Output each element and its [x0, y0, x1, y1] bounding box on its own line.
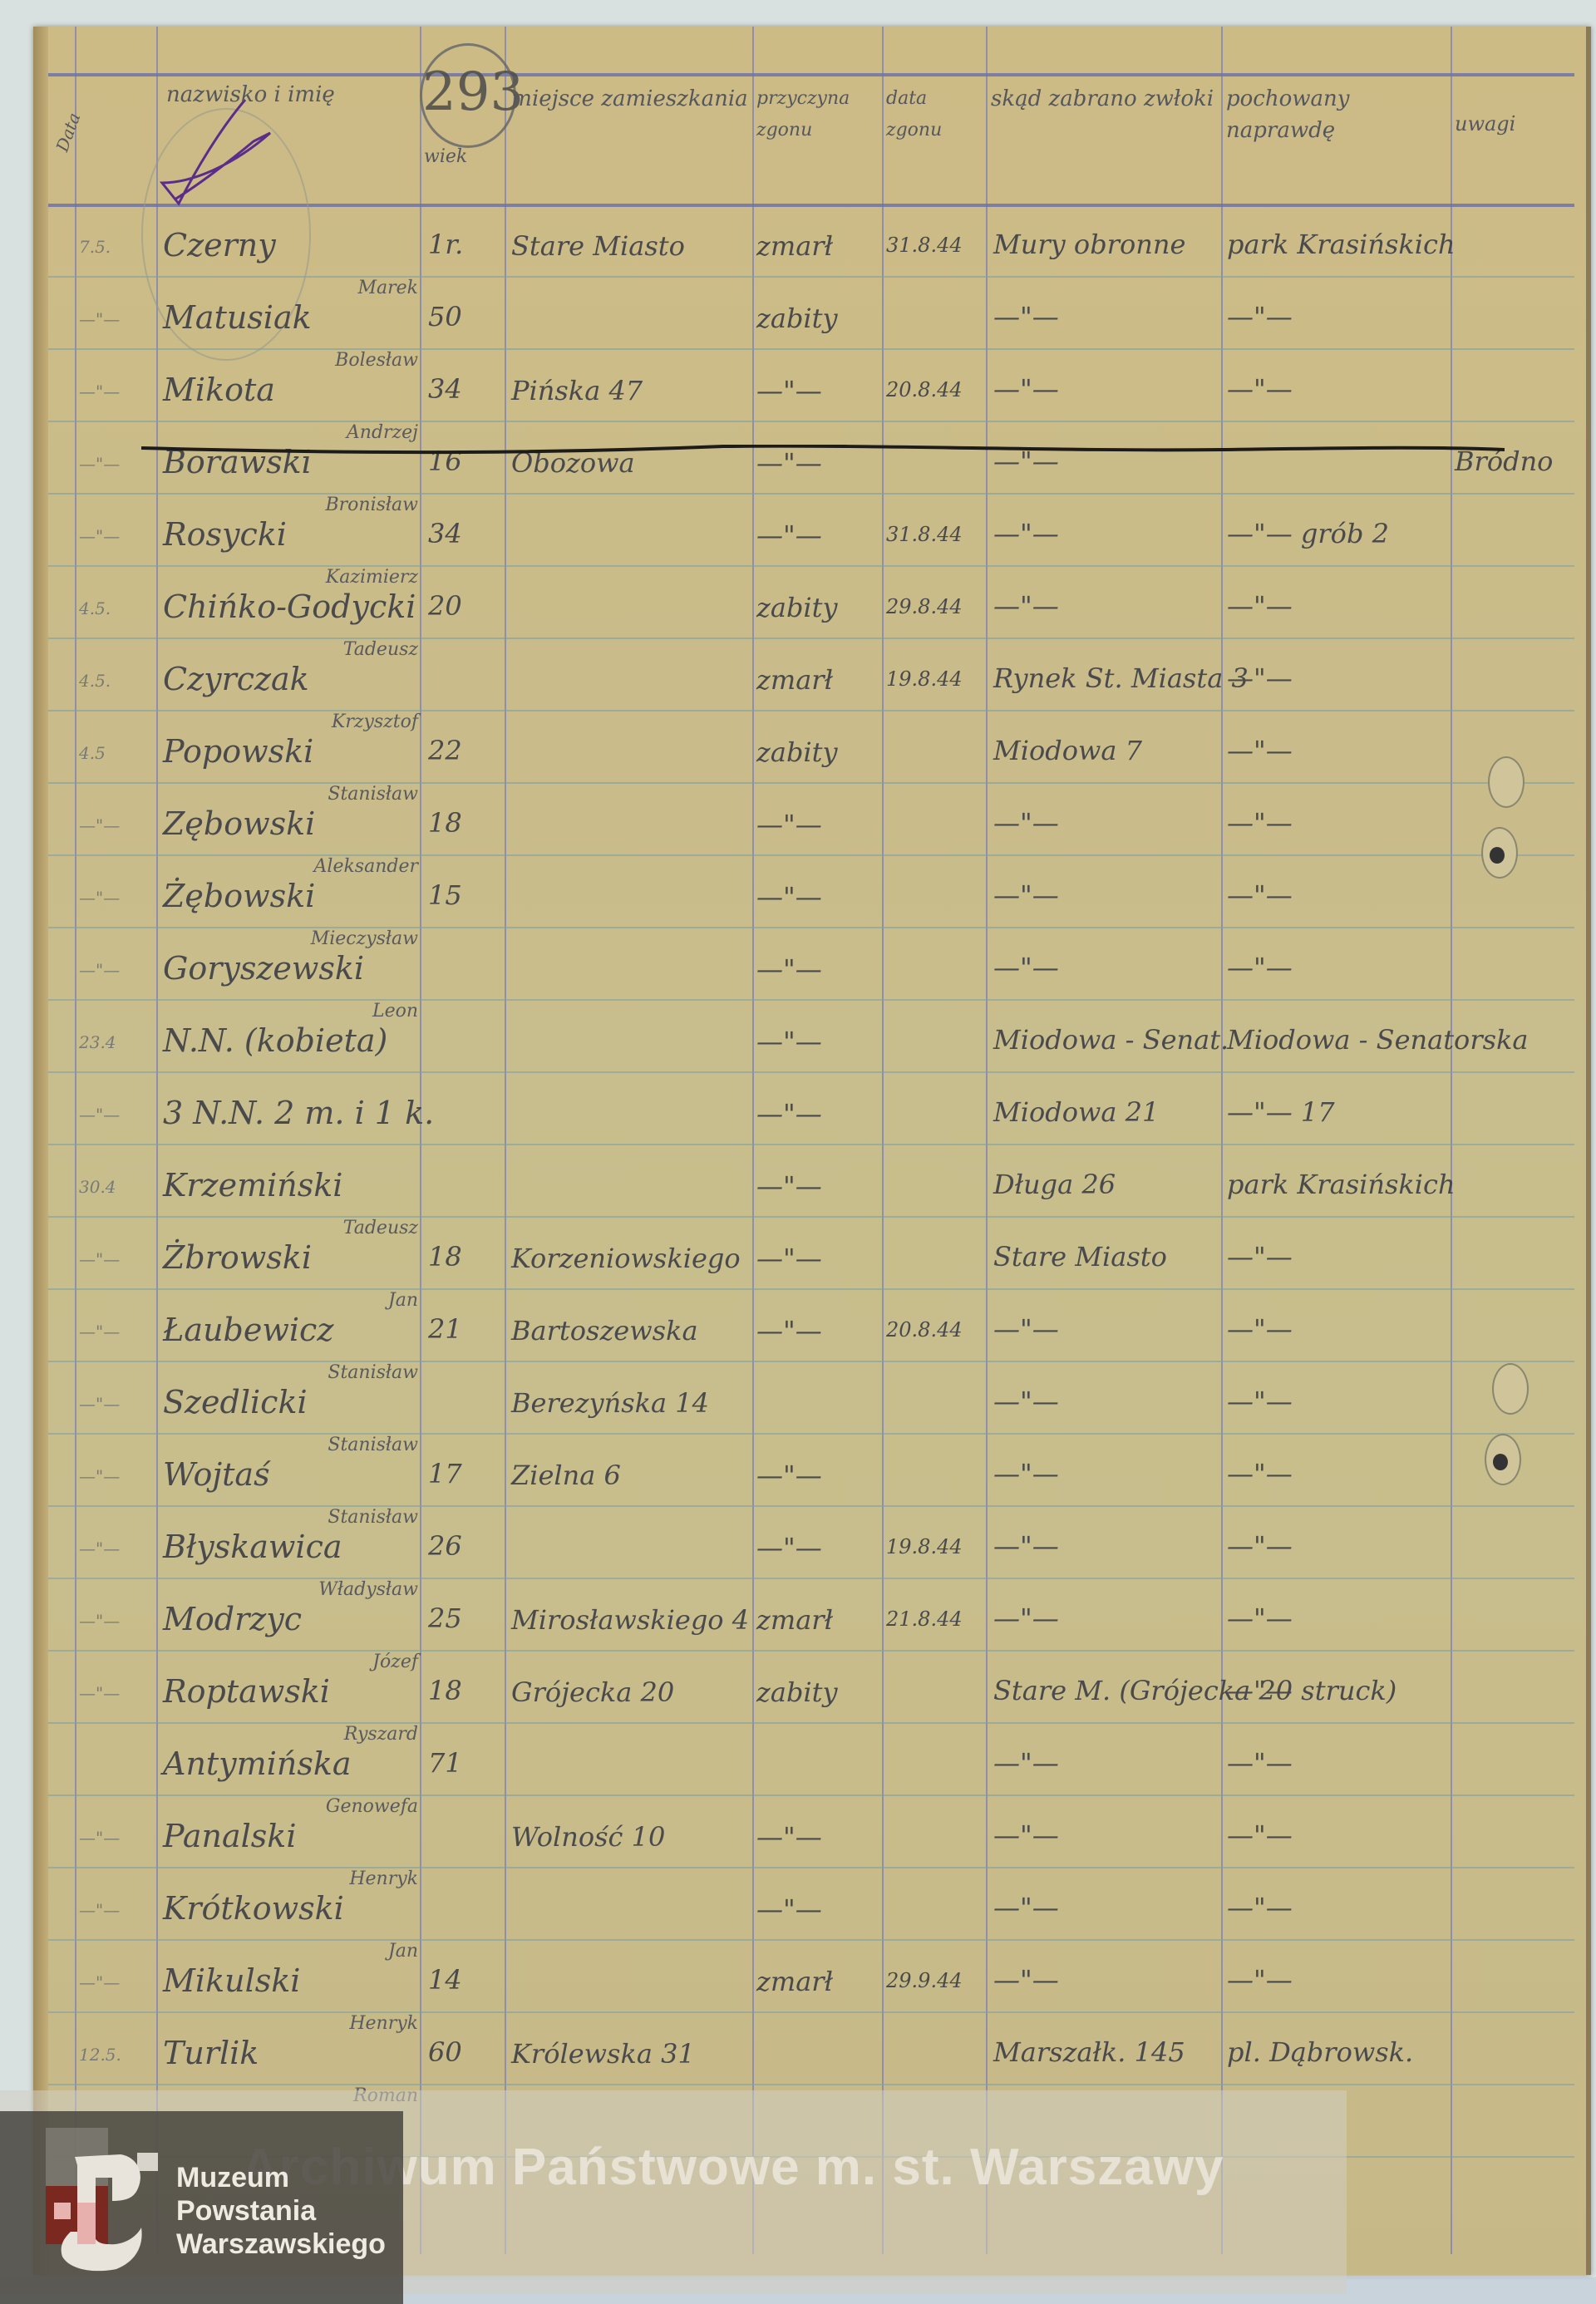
cell-given: Andrzej — [347, 422, 418, 443]
cell-from: —"— — [993, 1892, 1059, 1923]
punch-hole — [1492, 1363, 1529, 1415]
cell-address: Korzeniowskiego — [511, 1243, 741, 1274]
cell-age: 25 — [428, 1602, 462, 1634]
cell-margin: —"— — [79, 1394, 120, 1414]
cell-given: Leon — [372, 1001, 418, 1022]
binding-edge — [33, 27, 48, 2275]
cell-address: Stare Miasto — [511, 230, 685, 262]
cell-given: Bronisław — [325, 495, 418, 515]
cell-surname: Mikota — [163, 372, 275, 408]
cell-buried: —"— — [1227, 590, 1293, 622]
cell-given: Władysław — [318, 1579, 418, 1600]
cell-margin: —"— — [79, 960, 120, 980]
row-rule — [48, 1939, 1574, 1941]
cell-surname: Czyrczak — [163, 661, 309, 697]
header-cause: przyczyna zgonu — [756, 83, 881, 146]
cell-status: zabity — [756, 1676, 838, 1708]
row-rule — [48, 1578, 1574, 1579]
cell-buried: —"— — [1227, 807, 1293, 839]
cell-buried: —"— — [1227, 952, 1293, 983]
cell-date: 29.9.44 — [886, 1969, 963, 1992]
cell-age: 50 — [428, 301, 462, 332]
cell-given: Mieczysław — [311, 928, 418, 949]
cell-from: Miodowa 7 — [993, 735, 1142, 766]
cell-buried: —"— — [1227, 1530, 1293, 1562]
cell-surname: Czerny — [163, 227, 276, 263]
cell-from: —"— — [993, 1458, 1059, 1489]
cell-surname: Krótkowski — [163, 1890, 344, 1927]
cell-date: 21.8.44 — [886, 1607, 963, 1631]
museum-name-line3: Warszawskiego — [176, 2228, 386, 2261]
cell-age: 14 — [428, 1964, 462, 1996]
cell-buried: —"— — [1227, 1458, 1293, 1489]
cell-age: 15 — [428, 879, 462, 911]
cell-margin: 4.5 — [79, 743, 106, 763]
cell-margin: —"— — [79, 1322, 120, 1342]
row-rule — [48, 348, 1574, 350]
header-date: data zgonu — [886, 83, 984, 146]
cell-surname: Łaubewicz — [163, 1312, 333, 1348]
cell-status: —"— — [756, 1460, 822, 1491]
cell-surname: Roptawski — [163, 1673, 330, 1710]
cell-margin: —"— — [79, 309, 120, 329]
cell-status: zmarł — [756, 664, 833, 696]
cell-status: —"— — [756, 881, 822, 913]
cell-address: Królewska 31 — [511, 2038, 695, 2070]
cell-address: Berezyńska 14 — [511, 1387, 709, 1419]
row-rule — [48, 999, 1574, 1001]
museum-name: Muzeum Powstania Warszawskiego — [176, 2161, 386, 2261]
cell-given: Stanisław — [328, 1362, 418, 1383]
cell-margin: —"— — [79, 888, 120, 908]
cell-given: Bolesław — [335, 350, 418, 371]
cell-surname: Chińko-Godycki — [163, 588, 416, 625]
ledger-page — [33, 27, 1591, 2275]
header-buried: pochowany naprawdę — [1226, 83, 1446, 146]
cell-buried: —"— — [1227, 1964, 1293, 1996]
cell-status: —"— — [756, 809, 822, 840]
cell-buried: —"— — [1227, 1675, 1293, 1706]
cell-margin: 4.5. — [79, 598, 111, 618]
cell-buried: —"— — [1227, 1747, 1293, 1779]
cell-margin: 12.5. — [79, 2045, 121, 2065]
cell-age: 1r. — [428, 229, 463, 260]
cell-margin: —"— — [79, 1611, 120, 1631]
cell-given: Stanisław — [328, 784, 418, 805]
cell-from: —"— — [993, 1747, 1059, 1779]
cell-address: Mirosławskiego 4 — [511, 1604, 749, 1636]
rule-address-right — [752, 27, 754, 2254]
cell-given: Marek — [357, 278, 418, 298]
row-rule — [48, 276, 1574, 278]
strikethrough-line — [141, 445, 1505, 455]
cell-buried: —"— — [1227, 1313, 1293, 1345]
cell-date: 31.8.44 — [886, 523, 963, 546]
rule-buried-right — [1451, 27, 1452, 2254]
cell-given: Kazimierz — [326, 567, 418, 588]
museum-name-line2: Powstania — [176, 2194, 386, 2228]
rule-name-left — [156, 27, 158, 2254]
cell-from: Długa 26 — [993, 1169, 1116, 1200]
cell-surname: Błyskawica — [163, 1529, 342, 1565]
row-rule — [48, 1433, 1574, 1435]
museum-name-line1: Muzeum — [176, 2161, 386, 2194]
cell-margin: 4.5. — [79, 671, 111, 691]
cell-buried: —"— — [1227, 301, 1293, 332]
cell-margin: —"— — [79, 1249, 120, 1269]
punch-hole — [1485, 1434, 1521, 1485]
cell-margin: 23.4 — [79, 1032, 116, 1052]
cell-status: —"— — [756, 1532, 822, 1563]
row-rule — [48, 1867, 1574, 1868]
cell-from: —"— — [993, 373, 1059, 405]
cell-age: 17 — [428, 1458, 462, 1489]
cell-surname: N.N. (kobieta) — [163, 1022, 387, 1059]
punch-hole — [1481, 827, 1518, 879]
cell-status: —"— — [756, 953, 822, 985]
cell-surname: Turlik — [163, 2035, 259, 2071]
cell-margin: —"— — [79, 526, 120, 546]
cell-margin: —"— — [79, 1683, 120, 1703]
rule-margin — [75, 27, 76, 2254]
cell-age: 22 — [428, 735, 462, 766]
row-rule — [48, 927, 1574, 928]
cell-given: Jan — [388, 1941, 418, 1962]
cell-from: Miodowa - Senat. — [993, 1024, 1229, 1056]
row-rule — [48, 1505, 1574, 1507]
cell-status: zmarł — [756, 1604, 833, 1636]
header-top-rule — [48, 73, 1574, 76]
cell-age: 34 — [428, 373, 462, 405]
cell-status: zmarł — [756, 230, 833, 262]
header-age: wiek — [424, 141, 467, 173]
cell-status: —"— — [756, 1170, 822, 1202]
cell-age: 18 — [428, 807, 462, 839]
row-rule — [48, 1361, 1574, 1362]
cell-margin: —"— — [79, 1900, 120, 1920]
cell-status: —"— — [756, 1243, 822, 1274]
cell-margin: —"— — [79, 1828, 120, 1848]
row-rule — [48, 2011, 1574, 2013]
cell-given: Henryk — [349, 2013, 418, 2034]
cell-date: 19.8.44 — [886, 1535, 963, 1558]
cell-surname: Antymińska — [163, 1745, 352, 1782]
rule-age-right — [505, 27, 506, 2254]
row-rule — [48, 565, 1574, 567]
cell-status: zabity — [756, 592, 838, 623]
cell-given: Aleksander — [314, 856, 418, 877]
page-number: 293 — [420, 43, 516, 148]
cell-buried: —"— — [1227, 1241, 1293, 1273]
cell-address: Wolność 10 — [511, 1821, 665, 1853]
cell-surname: Żębowski — [163, 878, 315, 914]
cell-from: —"— — [993, 1602, 1059, 1634]
cell-from: Stare Miasto — [993, 1241, 1167, 1273]
cell-given: Stanisław — [328, 1435, 418, 1455]
row-rule — [48, 854, 1574, 856]
cell-date: 31.8.44 — [886, 234, 963, 257]
row-rule — [48, 1216, 1574, 1218]
cell-from: —"— — [993, 952, 1059, 983]
row-rule — [48, 493, 1574, 495]
cell-buried: —"— — [1227, 1602, 1293, 1634]
cell-buried: —"— — [1227, 879, 1293, 911]
cell-given: Genowefa — [326, 1796, 418, 1817]
cell-surname: Goryszewski — [163, 950, 364, 987]
row-rule — [48, 1144, 1574, 1145]
cell-buried: —"— — [1227, 735, 1293, 766]
cell-margin: —"— — [79, 1105, 120, 1125]
header-remarks: uwagi — [1455, 108, 1515, 140]
cell-surname: Panalski — [163, 1818, 296, 1854]
row-rule — [48, 710, 1574, 711]
cell-status: zabity — [756, 303, 838, 334]
cell-from: —"— — [993, 518, 1059, 549]
cell-surname: Matusiak — [163, 299, 312, 336]
rule-date-right — [986, 27, 988, 2254]
cell-age: 18 — [428, 1241, 462, 1273]
cell-buried: —"— — [1227, 1892, 1293, 1923]
cell-date: 29.8.44 — [886, 595, 963, 618]
cell-age: 20 — [428, 590, 462, 622]
cell-surname: 3 N.N. 2 m. i 1 k. — [163, 1095, 434, 1131]
cell-from: Stare M. (Grójecka 20 struck) — [993, 1675, 1396, 1706]
cell-from: —"— — [993, 590, 1059, 622]
cell-buried: —"— — [1227, 373, 1293, 405]
cell-given: Ryszard — [344, 1724, 418, 1745]
cell-given: Stanisław — [328, 1507, 418, 1528]
anchor-logo-icon — [46, 2128, 158, 2277]
cell-status: —"— — [756, 519, 822, 551]
cell-buried: —"— grób 2 — [1227, 518, 1389, 549]
cell-buried: park Krasińskich — [1227, 1169, 1456, 1200]
cell-margin: —"— — [79, 1972, 120, 1992]
cell-buried: —"— 17 — [1227, 1096, 1335, 1128]
cell-given: Józef — [372, 1652, 418, 1672]
cell-status: —"— — [756, 1821, 822, 1853]
cell-from: Mury obronne — [993, 229, 1185, 260]
row-rule — [48, 1722, 1574, 1724]
punch-hole — [1488, 756, 1525, 808]
rule-name-right — [420, 27, 421, 2254]
cell-surname: Żbrowski — [163, 1239, 312, 1276]
cell-surname: Szedlicki — [163, 1384, 308, 1420]
header-from: skąd zabrano zwłoki — [991, 83, 1215, 115]
cell-from: —"— — [993, 1530, 1059, 1562]
header-address: miejsce zamieszkania — [511, 83, 748, 115]
row-rule — [48, 638, 1574, 639]
cell-from: Miodowa 21 — [993, 1096, 1159, 1128]
cell-given: Tadeusz — [343, 639, 418, 660]
cell-status: —"— — [756, 375, 822, 406]
violet-check-mark — [145, 96, 312, 212]
cell-buried: Miodowa - Senatorska — [1227, 1024, 1529, 1056]
cell-margin: —"— — [79, 454, 120, 474]
cell-from: —"— — [993, 301, 1059, 332]
cell-age: 26 — [428, 1530, 462, 1562]
cell-status: zabity — [756, 736, 838, 768]
cell-given: Henryk — [349, 1868, 418, 1889]
cell-margin: —"— — [79, 1466, 120, 1486]
cell-margin: —"— — [79, 382, 120, 401]
cell-given: Krzysztof — [332, 711, 418, 732]
cell-age: 18 — [428, 1675, 462, 1706]
cell-surname: Popowski — [163, 733, 313, 770]
cell-surname: Rosycki — [163, 516, 287, 553]
cell-address: Grójecka 20 — [511, 1676, 674, 1708]
header-name: nazwisko i imię — [166, 79, 335, 111]
cell-status: —"— — [756, 1098, 822, 1130]
cell-address: Zielna 6 — [511, 1460, 621, 1491]
cell-margin: 7.5. — [79, 237, 111, 257]
rule-status-right — [882, 27, 884, 2254]
cell-age: 60 — [428, 2036, 462, 2068]
cell-given: Tadeusz — [343, 1218, 418, 1238]
cell-surname: Krzemiński — [163, 1167, 342, 1204]
cell-age: 21 — [428, 1313, 462, 1345]
cell-from: —"— — [993, 807, 1059, 839]
cell-buried: pl. Dąbrowsk. — [1227, 2036, 1413, 2068]
cell-surname: Zębowski — [163, 805, 315, 842]
cell-status: —"— — [756, 1315, 822, 1346]
cell-from: —"— — [993, 1819, 1059, 1851]
cell-buried: —"— — [1227, 662, 1293, 694]
cell-from: —"— — [993, 1964, 1059, 1996]
cell-surname: Modrzyc — [163, 1601, 302, 1637]
rule-from-right — [1221, 27, 1223, 2254]
cell-from: Rynek St. Miasta 3 — [993, 662, 1249, 694]
cell-date: 20.8.44 — [886, 1318, 963, 1342]
cell-surname: Wojtaś — [163, 1456, 270, 1493]
cell-address: Bartoszewska — [511, 1315, 698, 1346]
cell-buried: park Krasińskich — [1227, 229, 1456, 260]
cell-date: 19.8.44 — [886, 667, 963, 691]
cell-from: —"— — [993, 1386, 1059, 1417]
cell-buried: —"— — [1227, 1386, 1293, 1417]
row-rule — [48, 1071, 1574, 1073]
cell-address: Pińska 47 — [511, 375, 643, 406]
cell-status: zmarł — [756, 1966, 833, 1997]
row-rule — [48, 421, 1574, 422]
cell-given: Jan — [388, 1290, 418, 1311]
cell-age: 71 — [428, 1747, 462, 1779]
cell-from: Marszałk. 145 — [993, 2036, 1185, 2068]
cell-status: —"— — [756, 1026, 822, 1057]
cell-age: 34 — [428, 518, 462, 549]
row-rule — [48, 1650, 1574, 1652]
cell-from: —"— — [993, 879, 1059, 911]
cell-surname: Mikulski — [163, 1962, 300, 1999]
row-rule — [48, 1288, 1574, 1290]
cell-margin: 30.4 — [79, 1177, 116, 1197]
cell-buried: —"— — [1227, 1819, 1293, 1851]
cell-status: —"— — [756, 1893, 822, 1925]
row-rule — [48, 1794, 1574, 1796]
row-rule — [48, 782, 1574, 784]
cell-margin: —"— — [79, 1538, 120, 1558]
cell-date: 20.8.44 — [886, 378, 963, 401]
cell-from: —"— — [993, 1313, 1059, 1345]
row-rule — [48, 2084, 1574, 2085]
cell-margin: —"— — [79, 815, 120, 835]
